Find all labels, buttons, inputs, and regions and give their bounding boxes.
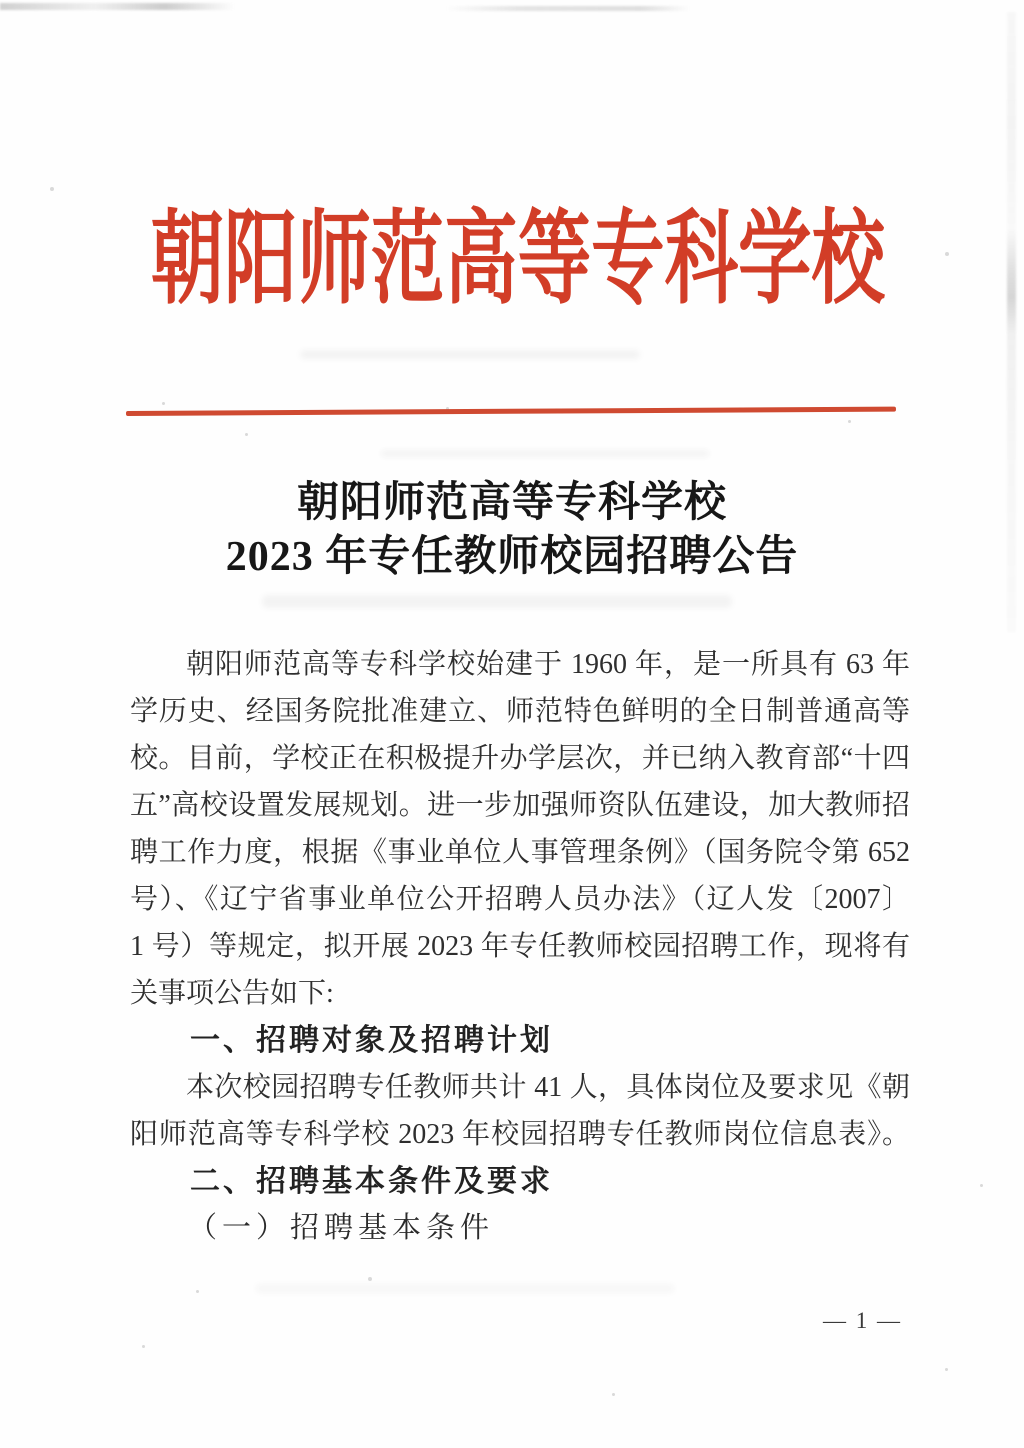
scan-speck: [945, 1368, 948, 1371]
document-title: 朝阳师范高等专科学校 2023 年专任教师校园招聘公告: [0, 476, 1024, 584]
scan-smudge: [380, 449, 710, 458]
scan-streak-top-center: [445, 6, 690, 11]
scan-speck: [245, 433, 248, 436]
scan-speck: [196, 1290, 199, 1293]
document-title-line1: 朝阳师范高等专科学校: [0, 476, 1024, 530]
scan-speck: [142, 1345, 145, 1348]
section-heading-1: 一、招聘对象及招聘计划: [130, 1017, 910, 1064]
body-line: 本次校园招聘专任教师共计 41 人，具体岗位及要求见《朝: [130, 1064, 910, 1111]
letterhead-title: 朝阳师范高等专科学校: [149, 196, 886, 326]
scan-speck: [612, 1393, 615, 1396]
scan-smudge: [255, 1283, 675, 1294]
body-line: 聘工作力度，根据《事业单位人事管理条例》（国务院令第 652: [130, 829, 910, 876]
subsection-heading: （一）招聘基本条件: [130, 1205, 910, 1252]
scan-streak-top-left: [0, 3, 235, 10]
document-title-line2: 2023 年专任教师校园招聘公告: [0, 530, 1024, 584]
document-body: 朝阳师范高等专科学校始建于 1960 年，是一所具有 63 年办 学历史、经国务…: [130, 641, 910, 1252]
letterhead-rule: [126, 407, 896, 416]
body-line: 关事项公告如下:: [130, 970, 910, 1017]
section-heading-2: 二、招聘基本条件及要求: [130, 1158, 910, 1205]
scan-smudge: [300, 350, 640, 359]
body-line: 学历史、经国务院批准建立、师范特色鲜明的全日制普通高等学: [130, 688, 910, 735]
scan-speck: [980, 1184, 983, 1187]
scan-smudge: [262, 595, 732, 608]
body-line: 1 号）等规定，拟开展 2023 年专任教师校园招聘工作，现将有: [130, 923, 910, 970]
scan-speck: [945, 252, 949, 256]
body-line: 五”高校设置发展规划。进一步加强师资队伍建设，加大教师招: [130, 782, 910, 829]
body-line: 校。目前，学校正在积极提升办学层次，并已纳入教育部“十四: [130, 735, 910, 782]
scan-speck: [162, 402, 165, 405]
page-number: — 1 —: [823, 1307, 902, 1335]
body-line: 朝阳师范高等专科学校始建于 1960 年，是一所具有 63 年办: [130, 641, 910, 688]
scan-speck: [848, 420, 851, 423]
scan-speck: [50, 187, 54, 191]
scanned-document-page: 朝阳师范高等专科学校 朝阳师范高等专科学校 2023 年专任教师校园招聘公告 朝…: [0, 0, 1024, 1448]
scan-speck: [368, 1277, 372, 1281]
body-line: 阳师范高等专科学校 2023 年校园招聘专任教师岗位信息表》。: [130, 1111, 910, 1158]
body-line: 号）、《辽宁省事业单位公开招聘人员办法》（辽人发〔2007〕: [130, 876, 910, 923]
